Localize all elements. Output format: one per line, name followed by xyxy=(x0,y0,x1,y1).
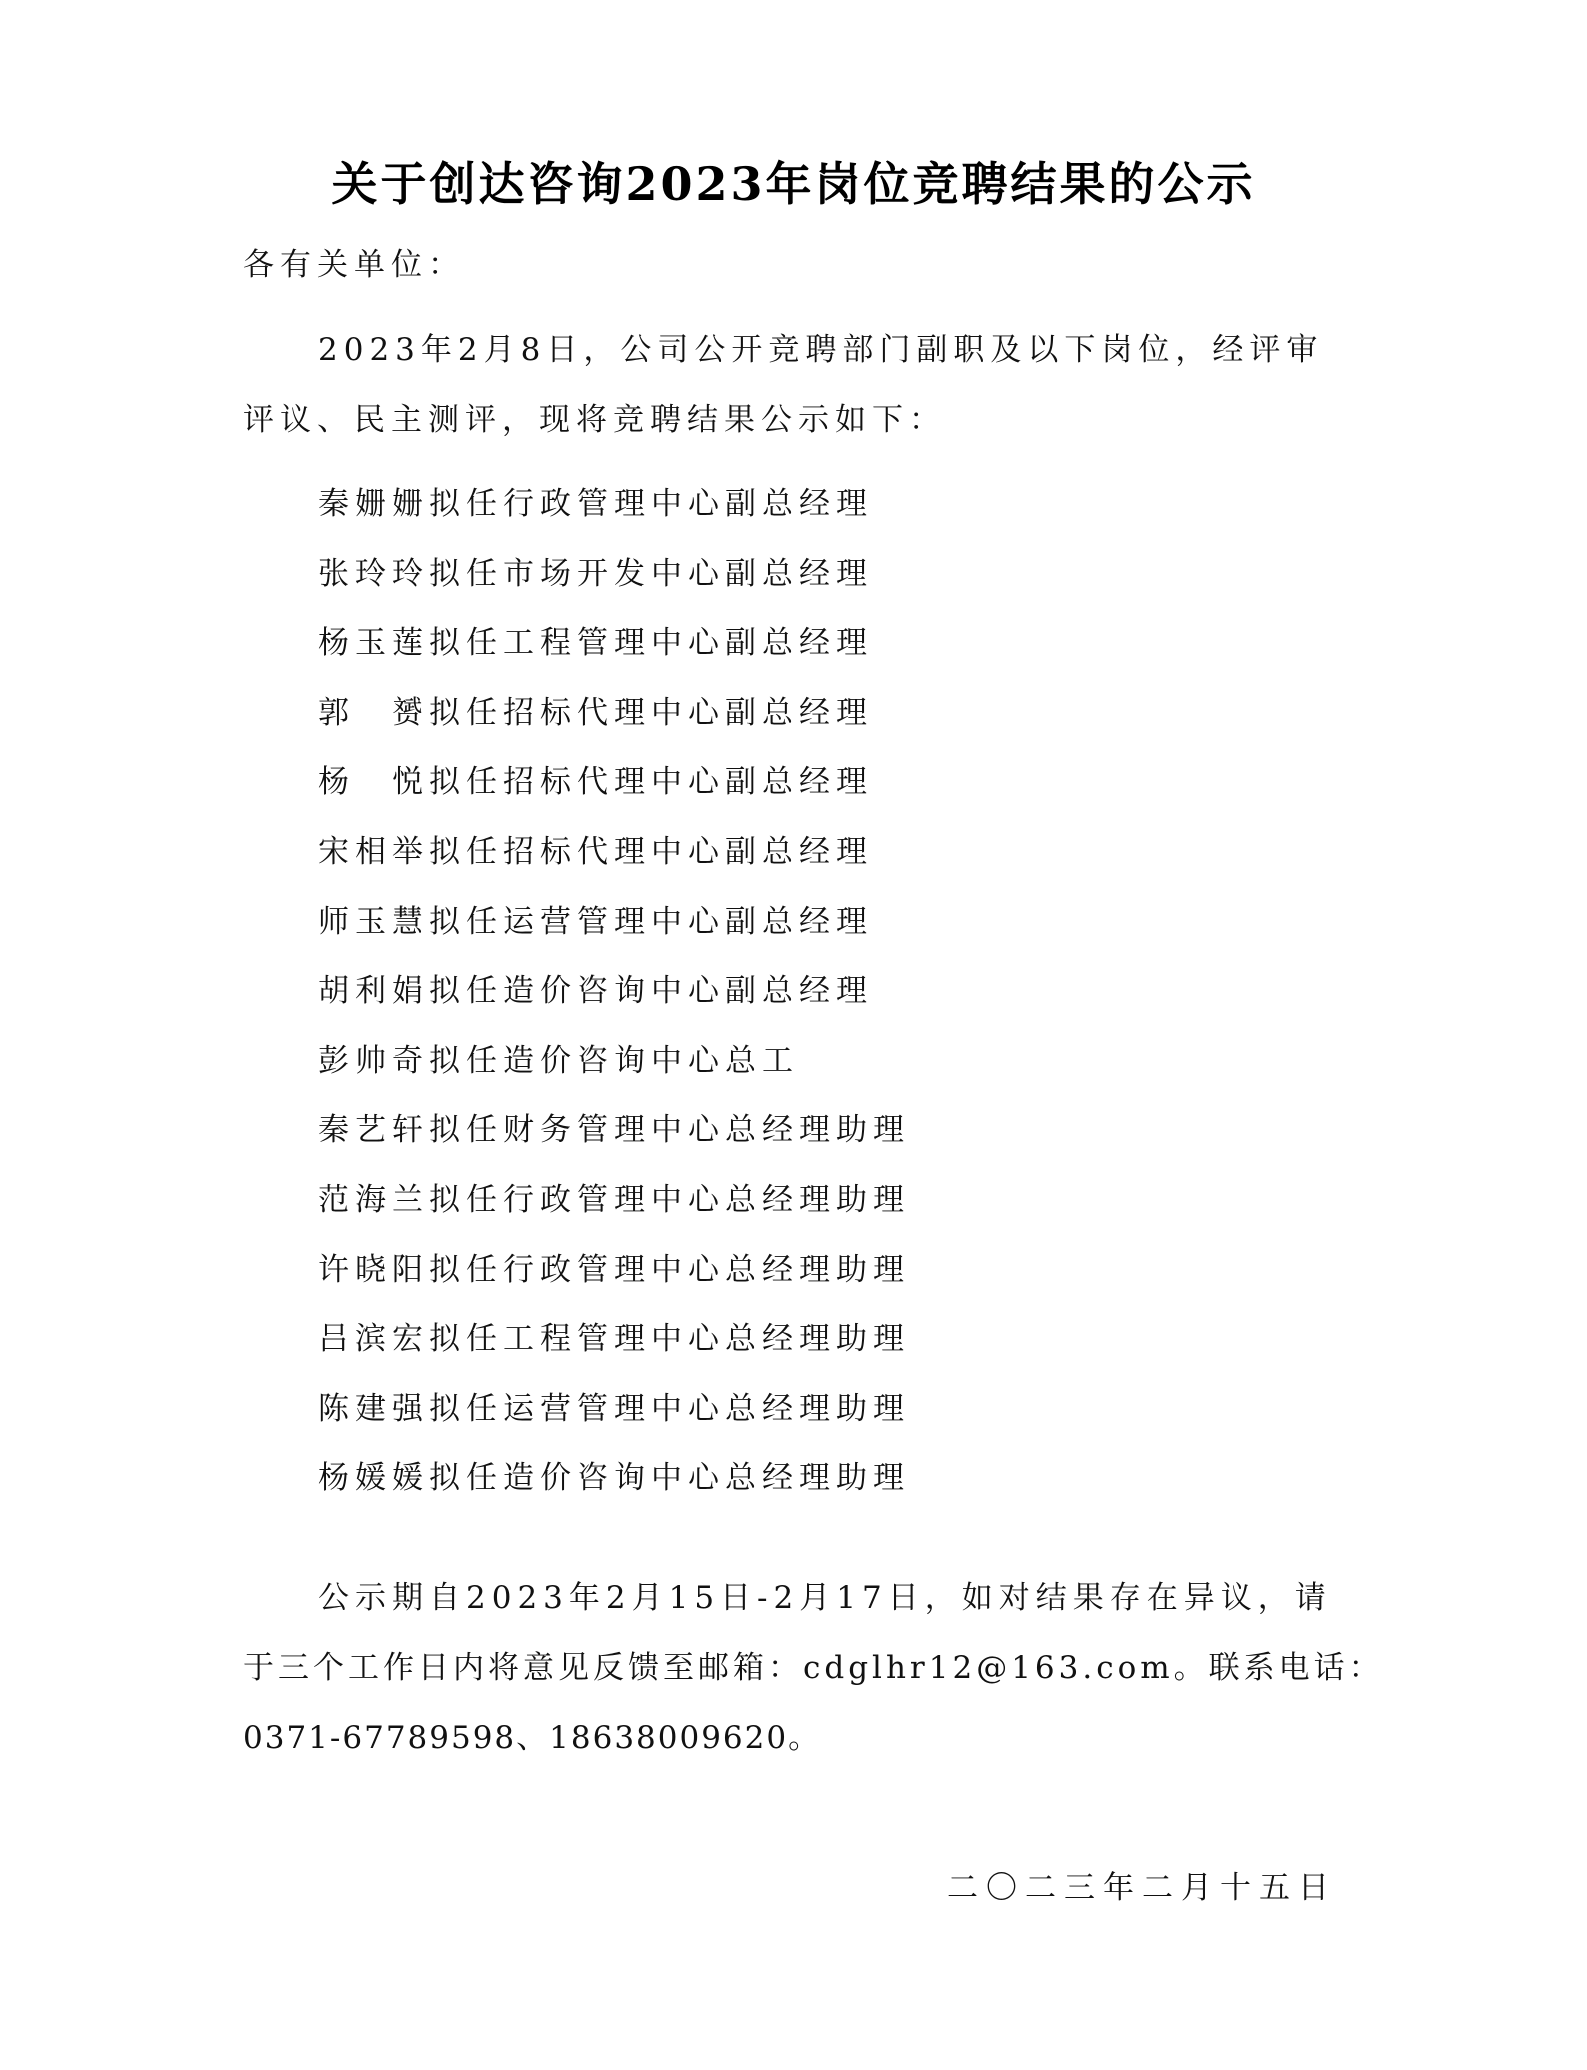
intro-line-1: 2023年2月8日，公司公开竞聘部门副职及以下岗位，经评审 xyxy=(318,330,1323,370)
list-item: 彭帅奇拟任造价咨询中心总工 xyxy=(318,1027,910,1097)
list-item: 杨媛媛拟任造价咨询中心总经理助理 xyxy=(318,1444,910,1514)
greeting: 各有关单位： xyxy=(243,245,465,285)
list-item: 秦艺轩拟任财务管理中心总经理助理 xyxy=(318,1096,910,1166)
signature-date: 二〇二三年二月十五日 xyxy=(947,1868,1337,1908)
closing-line-2: 于三个工作日内将意见反馈至邮箱：cdglhr12@163.com。联系电话： xyxy=(243,1648,1384,1688)
list-item: 张玲玲拟任市场开发中心副总经理 xyxy=(318,540,910,610)
closing-line-3: 0371-67789598、18638009620。 xyxy=(243,1718,821,1758)
appointment-list: 秦姗姗拟任行政管理中心副总经理 张玲玲拟任市场开发中心副总经理 杨玉莲拟任工程管… xyxy=(318,470,910,1514)
list-item: 郭 赟拟任招标代理中心副总经理 xyxy=(318,679,910,749)
list-item: 宋相举拟任招标代理中心副总经理 xyxy=(318,818,910,888)
closing-line-1: 公示期自2023年2月15日-2月17日，如对结果存在异议，请 xyxy=(318,1578,1332,1618)
document-title: 关于创达咨询2023年岗位竞聘结果的公示 xyxy=(0,152,1587,216)
document-page: 关于创达咨询2023年岗位竞聘结果的公示 各有关单位： 2023年2月8日，公司… xyxy=(0,0,1587,2070)
intro-line-2: 评议、民主测评，现将竞聘结果公示如下： xyxy=(243,400,946,440)
list-item: 胡利娟拟任造价咨询中心副总经理 xyxy=(318,957,910,1027)
list-item: 秦姗姗拟任行政管理中心副总经理 xyxy=(318,470,910,540)
list-item: 许晓阳拟任行政管理中心总经理助理 xyxy=(318,1236,910,1306)
list-item: 吕滨宏拟任工程管理中心总经理助理 xyxy=(318,1305,910,1375)
list-item: 杨玉莲拟任工程管理中心副总经理 xyxy=(318,609,910,679)
list-item: 师玉慧拟任运营管理中心副总经理 xyxy=(318,888,910,958)
list-item: 陈建强拟任运营管理中心总经理助理 xyxy=(318,1375,910,1445)
list-item: 范海兰拟任行政管理中心总经理助理 xyxy=(318,1166,910,1236)
list-item: 杨 悦拟任招标代理中心副总经理 xyxy=(318,748,910,818)
